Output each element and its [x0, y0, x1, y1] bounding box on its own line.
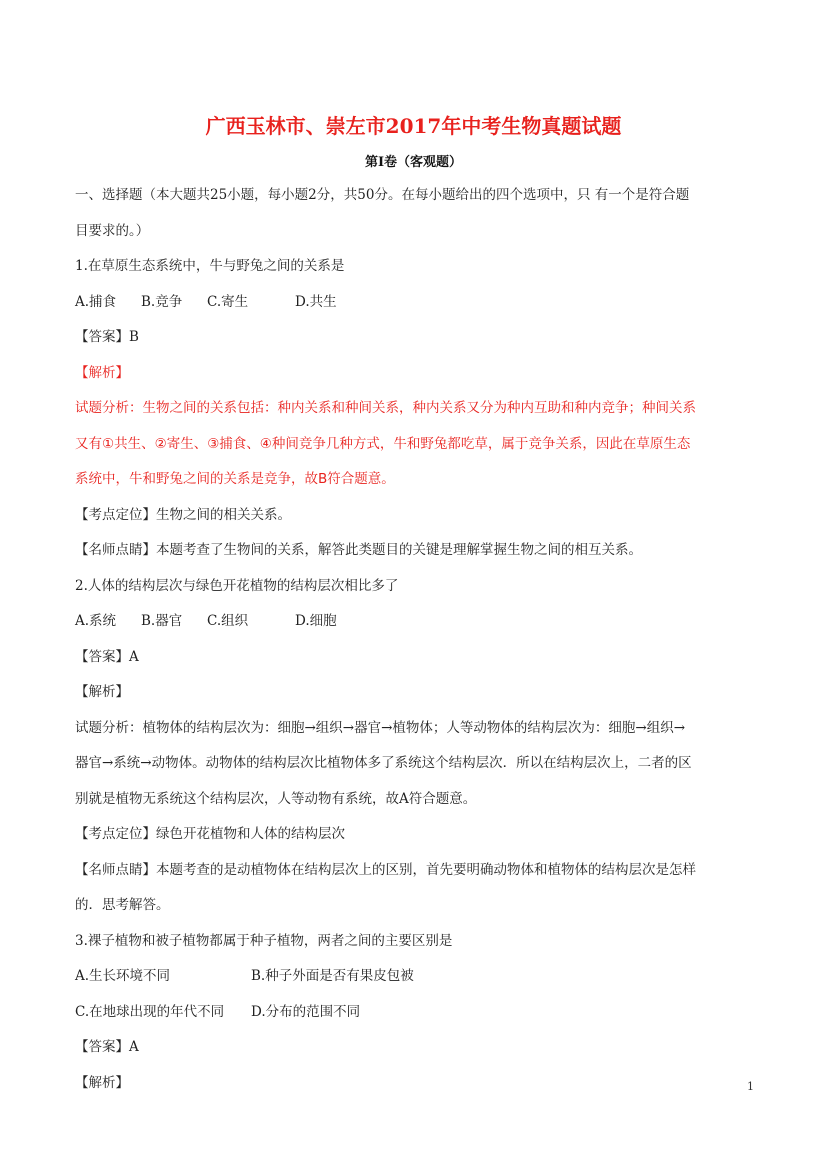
option: C.在地球出现的年代不同	[75, 1003, 251, 1021]
option: A.生长环境不同	[75, 967, 251, 985]
option: C.寄生	[207, 293, 295, 311]
question-options: A.系统B.器官C.组织D.细胞	[75, 612, 755, 630]
section-subtitle: 第Ⅰ卷（客观题）	[0, 151, 827, 170]
analysis-label: 【解析】	[75, 683, 755, 701]
option: D.分布的范围不同	[251, 1003, 360, 1021]
analysis-line: 器官→系统→动物体。动物体的结构层次比植物体多了系统这个结构层次．所以在结构层次…	[75, 754, 755, 772]
option: B.器官	[141, 612, 207, 630]
answer: 【答案】B	[75, 328, 755, 346]
answer: 【答案】A	[75, 648, 755, 666]
analysis-label: 【解析】	[75, 1074, 755, 1092]
mingshi: 的．思考解答。	[75, 896, 755, 914]
document-title: 广西玉林市、崇左市2017年中考生物真题试题	[0, 110, 827, 139]
option: B.种子外面是否有果皮包被	[251, 967, 414, 985]
option: B.竞争	[141, 293, 207, 311]
answer: 【答案】A	[75, 1038, 755, 1056]
mingshi: 【名师点睛】本题考查了生物间的关系，解答此类题目的关键是理解掌握生物之间的相互关…	[75, 541, 755, 559]
option: D.细胞	[295, 612, 337, 630]
analysis-line: 试题分析：植物体的结构层次为：细胞→组织→器官→植物体；人等动物体的结构层次为：…	[75, 719, 755, 737]
option: C.组织	[207, 612, 295, 630]
question-stem: 3.裸子植物和被子植物都属于种子植物，两者之间的主要区别是	[75, 932, 755, 950]
intro-line: 目要求的。）	[75, 222, 755, 240]
analysis-line: 别就是植物无系统这个结构层次，人等动物有系统，故A符合题意。	[75, 790, 755, 808]
question-stem: 1.在草原生态系统中，牛与野兔之间的关系是	[75, 257, 755, 275]
question-options: A.生长环境不同B.种子外面是否有果皮包被	[75, 967, 755, 985]
intro-line: 一、选择题（本大题共25小题，每小题2分，共50分。在每小题给出的四个选项中，只…	[75, 186, 755, 204]
analysis-line: 又有①共生、②寄生、③捕食、④种间竞争几种方式，牛和野兔都吃草，属于竞争关系，因…	[75, 435, 755, 453]
kaodian: 【考点定位】生物之间的相关关系。	[75, 506, 755, 524]
question-options: A.捕食B.竞争C.寄生D.共生	[75, 293, 755, 311]
page-number: 1	[747, 1080, 754, 1093]
question-options: C.在地球出现的年代不同D.分布的范围不同	[75, 1003, 755, 1021]
option: A.系统	[75, 612, 141, 630]
analysis-line: 试题分析：生物之间的关系包括：种内关系和种间关系，种内关系又分为种内互助和种内竞…	[75, 399, 755, 417]
document-body: 一、选择题（本大题共25小题，每小题2分，共50分。在每小题给出的四个选项中，只…	[75, 186, 755, 1109]
kaodian: 【考点定位】绿色开花植物和人体的结构层次	[75, 825, 755, 843]
mingshi: 【名师点睛】本题考查的是动植物体在结构层次上的区别，首先要明确动物体和植物体的结…	[75, 861, 755, 879]
option: A.捕食	[75, 293, 141, 311]
option: D.共生	[295, 293, 337, 311]
analysis-line: 系统中，牛和野兔之间的关系是竞争，故B符合题意。	[75, 470, 755, 488]
question-stem: 2.人体的结构层次与绿色开花植物的结构层次相比多了	[75, 577, 755, 595]
analysis-label: 【解析】	[75, 364, 755, 382]
